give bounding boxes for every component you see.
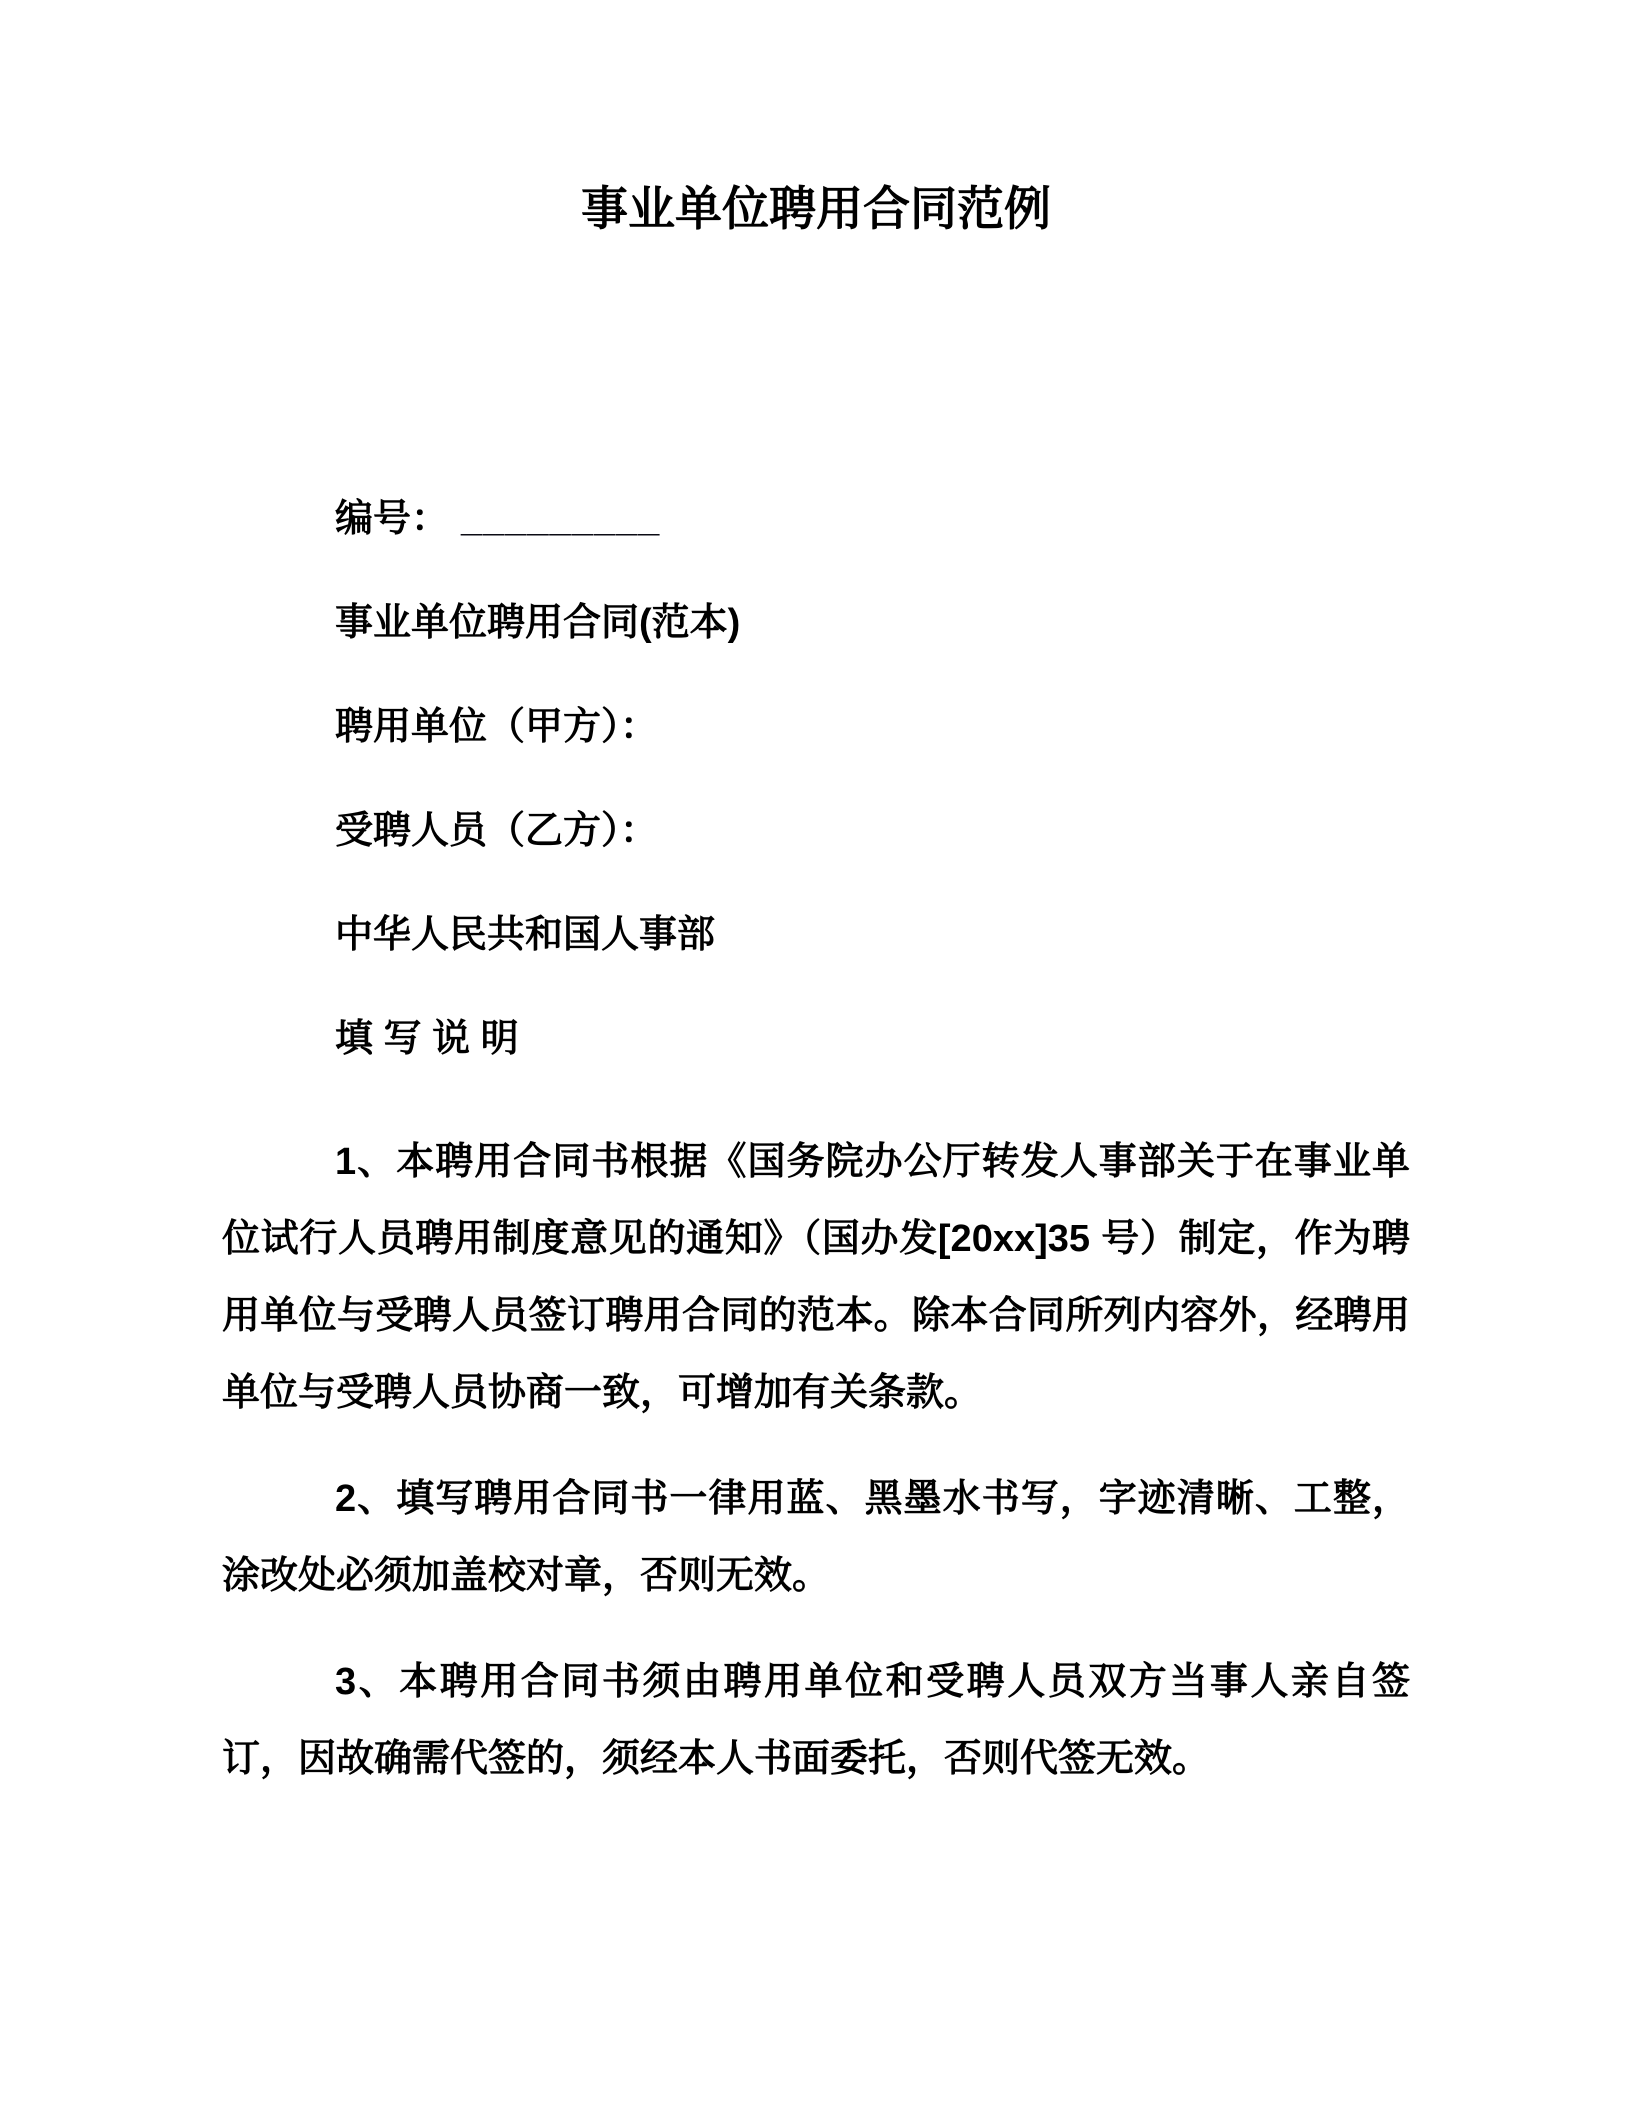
instructions-heading: 填 写 说 明 <box>222 1020 1410 1058</box>
instruction-paragraph-3: 3、本聘用合同书须由聘用单位和受聘人员双方当事人亲自签订，因故确需代签的，须经本… <box>222 1644 1410 1798</box>
issuing-authority-line: 中华人民共和国人事部 <box>222 916 1410 954</box>
instruction-paragraph-1: 1、本聘用合同书根据《国务院办公厅转发人事部关于在事业单位试行人员聘用制度意见的… <box>222 1124 1410 1432</box>
serial-number-blank-underline: _________ <box>461 498 660 540</box>
party-a-label-line: 聘用单位（甲方）： <box>222 708 1410 746</box>
contract-subtitle: 事业单位聘用合同(范本) <box>222 604 1410 642</box>
party-b-label-line: 受聘人员（乙方）： <box>222 812 1410 850</box>
serial-number-label: 编号： <box>335 498 449 540</box>
header-field-block: 编号：_________ 事业单位聘用合同(范本) 聘用单位（甲方）： 受聘人员… <box>222 500 1410 1058</box>
instruction-paragraph-2: 2、填写聘用合同书一律用蓝、黑墨水书写，字迹清晰、工整，涂改处必须加盖校对章，否… <box>222 1461 1410 1615</box>
serial-number-line: 编号：_________ <box>222 500 1410 538</box>
contract-document-page: 事业单位聘用合同范例 编号：_________ 事业单位聘用合同(范本) 聘用单… <box>0 0 1632 2112</box>
document-title: 事业单位聘用合同范例 <box>222 185 1410 232</box>
